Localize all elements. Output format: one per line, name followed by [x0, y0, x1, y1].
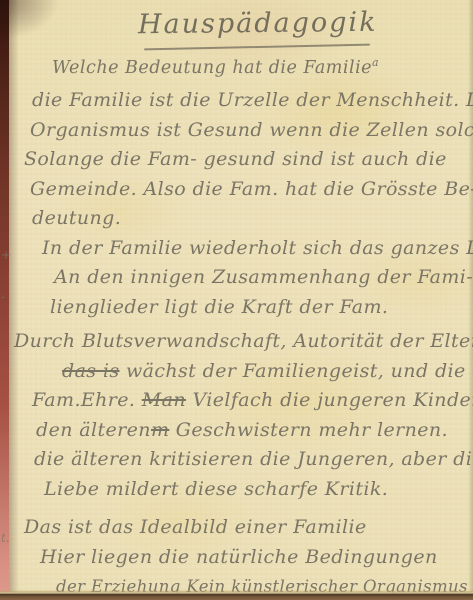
- right-page-edge: [468, 0, 473, 600]
- handwritten-line: An den innigen Zusammenhang der Fami-: [14, 263, 473, 293]
- line-text: deutung.: [32, 207, 121, 229]
- handwritten-line: Gemeinde. Also die Fam. hat die Grösste …: [14, 175, 473, 205]
- handwritten-line: Organismus ist Gesund wenn die Zellen so…: [14, 116, 473, 146]
- line-text: die Familie ist die Urzelle der Menschhe…: [32, 89, 473, 111]
- question-superscript: a: [372, 56, 379, 69]
- handwritten-line: das is wächst der Familiengeist, und die: [14, 357, 473, 387]
- handwritten-line: Liebe mildert diese scharfe Kritik.: [14, 475, 473, 505]
- bottom-page-edge: [0, 590, 473, 600]
- line-text: den älteren: [36, 419, 151, 441]
- line-text: wächst der Familiengeist, und die: [120, 360, 466, 382]
- line-text: Hier liegen die natürliche Bedingungen: [40, 546, 438, 568]
- line-text: Organismus ist Gesund wenn die Zellen so…: [30, 119, 473, 141]
- handwritten-line: Durch Blutsverwandschaft, Autorität der …: [14, 327, 473, 357]
- handwritten-line: Das ist das Idealbild einer Familie: [14, 513, 473, 543]
- corner-shadow: [0, 0, 60, 40]
- question-line: Welche Bedeutung hat die Familiea: [52, 56, 379, 78]
- handwritten-line: die Familie ist die Urzelle der Menschhe…: [14, 86, 473, 116]
- handwritten-line: Fam.Ehre. Man Vielfach die jungeren Kind…: [14, 386, 473, 416]
- title-underline: [144, 44, 370, 51]
- line-text: An den innigen Zusammenhang der Fami-: [54, 266, 473, 288]
- line-text: Solange die Fam- gesund sind ist auch di…: [24, 148, 447, 170]
- struck-text: das is: [62, 360, 120, 382]
- struck-text: m: [151, 419, 169, 441]
- line-text: Liebe mildert diese scharfe Kritik.: [44, 478, 388, 500]
- handwritten-line: Hier liegen die natürliche Bedingungen: [14, 543, 473, 573]
- margin-pencil-mark: +: [1, 248, 11, 262]
- struck-text: Man: [142, 389, 186, 411]
- line-text: Vielfach die jungeren Kinder von: [186, 389, 473, 411]
- handwritten-line: die älteren kritisieren die Jungeren, ab…: [14, 445, 473, 475]
- line-text: In der Familie wiederholt sich das ganze…: [42, 237, 473, 259]
- handwritten-line: deutung.: [14, 204, 473, 234]
- margin-pencil-mark: t.: [1, 531, 10, 545]
- line-text: lienglieder ligt die Kraft der Fam.: [50, 296, 388, 318]
- line-text: Das ist das Idealbild einer Familie: [24, 516, 367, 538]
- handwritten-line: den älterenm Geschwistern mehr lernen.: [14, 416, 473, 446]
- handwritten-line: In der Familie wiederholt sich das ganze…: [14, 234, 473, 264]
- handwritten-lines: die Familie ist die Urzelle der Menschhe…: [14, 86, 473, 600]
- margin-pencil-mark: -: [1, 290, 5, 304]
- question-text: Welche Bedeutung hat die Familie: [52, 58, 372, 78]
- binding-shadow: [9, 0, 19, 600]
- handwritten-line: Solange die Fam- gesund sind ist auch di…: [14, 145, 473, 175]
- line-text: Fam.Ehre.: [32, 389, 142, 411]
- page-title: Hauspädagogik: [138, 7, 378, 41]
- notebook-page: Hauspädagogik Welche Bedeutung hat die F…: [0, 0, 473, 600]
- line-text: Durch Blutsverwandschaft, Autorität der …: [14, 330, 473, 352]
- line-text: die älteren kritisieren die Jungeren, ab…: [34, 448, 473, 470]
- line-text: Gemeinde. Also die Fam. hat die Grösste …: [30, 178, 473, 200]
- line-text: Geschwistern mehr lernen.: [169, 419, 448, 441]
- handwritten-line: lienglieder ligt die Kraft der Fam.: [14, 293, 473, 323]
